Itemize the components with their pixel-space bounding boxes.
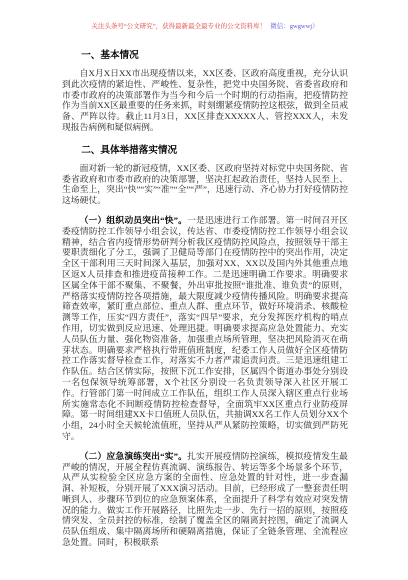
- subsection-2-lead: （二）应急演练突出“实”。: [80, 451, 188, 461]
- section-2-intro-paragraph: 面对新一轮的新冠疫情，XX区委、区政府坚持对标党中央国务院、省委省政府和市委市政…: [62, 163, 348, 206]
- paragraph-text: 扎实开展疫情防控演练，模拟疫情发生最严峻的情况，开展全程仿真流调、演练报告、转运…: [62, 451, 348, 547]
- section-2-subsection-2-paragraph: （二）应急演练突出“实”。扎实开展疫情防控演练，模拟疫情发生最严峻的情况，开展全…: [62, 451, 348, 548]
- promo-banner-wechat: 微信：gwgwwj）: [270, 23, 318, 30]
- paragraph-text: 自X月X日XX市出现疫情以来，XX区委、区政府高度重视，充分认识到此次疫情的紧迫…: [62, 68, 348, 132]
- document-page: 关注头条号“公文研究”，获得最新最全最专业的公文资料库！微信：gwgwwj） 一…: [0, 0, 408, 580]
- section-1-paragraph: 自X月X日XX市出现疫情以来，XX区委、区政府高度重视，充分认识到此次疫情的紧迫…: [62, 68, 348, 133]
- promo-banner-text: 关注头条号“公文研究”，获得最新最全最专业的公文资料库！: [91, 23, 266, 30]
- section-2-heading: 二、具体举措落实情况: [62, 145, 348, 157]
- section-1-heading: 一、基本情况: [62, 50, 348, 62]
- promo-banner: 关注头条号“公文研究”，获得最新最全最专业的公文资料库！微信：gwgwwj）: [32, 22, 378, 31]
- subsection-1-lead: （一）组织动员突出“快”。: [80, 215, 188, 225]
- section-2-subsection-1-paragraph: （一）组织动员突出“快”。一是迅速进行工作部署。第一时间召开区委疫情防控工作领导…: [62, 215, 348, 442]
- paragraph-text: 一是迅速进行工作部署。第一时间召开区委疫情防控工作领导小组会议，传达省、市委疫情…: [62, 215, 348, 441]
- paragraph-text: 面对新一轮的新冠疫情，XX区委、区政府坚持对标党中央国务院、省委省政府和市委市政…: [62, 163, 348, 205]
